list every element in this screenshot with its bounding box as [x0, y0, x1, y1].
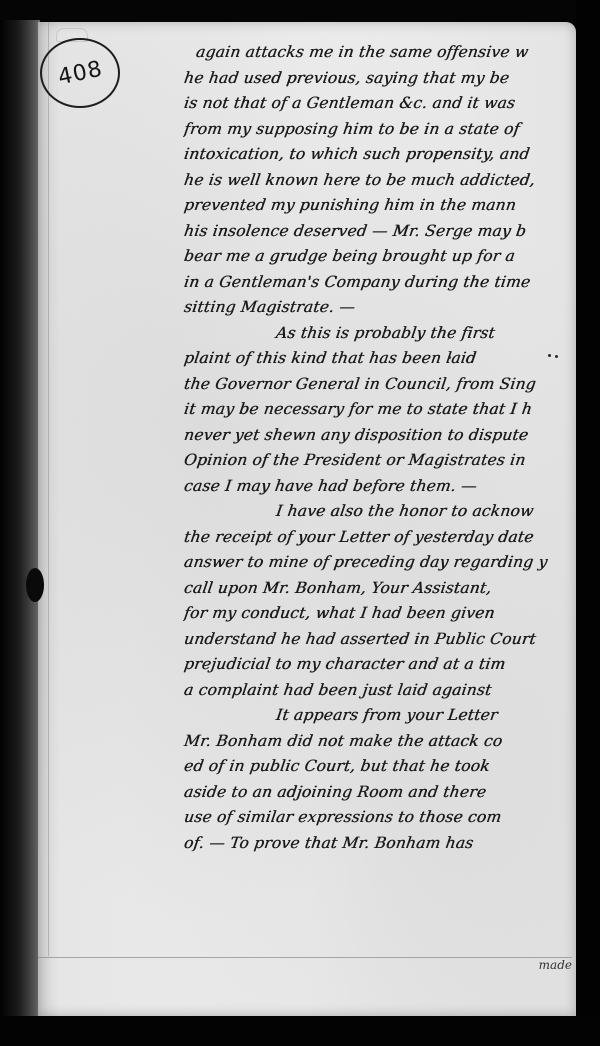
manuscript-line: answer to mine of preceding day regardin… [182, 550, 578, 576]
manuscript-line: case I may have had before them. — [182, 474, 578, 500]
manuscript-line: it may be necessary for me to state that… [182, 397, 578, 423]
binding-clasp [26, 568, 44, 602]
page-bottom-edge [38, 957, 572, 958]
manuscript-line: I have also the honor to acknow [194, 499, 578, 525]
manuscript-line: a complaint had been just laid against [182, 678, 578, 704]
manuscript-line: As this is probably the first [194, 321, 578, 347]
manuscript-line: the Governor General in Council, from Si… [182, 372, 578, 398]
manuscript-line: plaint of this kind that has been laid [182, 346, 578, 372]
manuscript-line: sitting Magistrate. — [182, 295, 578, 321]
catchword: made [539, 958, 572, 972]
ink-speck [548, 354, 551, 357]
manuscript-line: he is well known here to be much addicte… [182, 168, 578, 194]
ink-speck [555, 355, 558, 358]
scan-right-edge-shadow [576, 0, 600, 1046]
manuscript-line: ed of in public Court, but that he took [182, 754, 578, 780]
handwritten-text-block: again attacks me in the same offensive w… [196, 40, 576, 856]
manuscript-line: in a Gentleman's Company during the time [182, 270, 578, 296]
folio-number-circle: 408 [40, 38, 120, 108]
manuscript-line: Opinion of the President or Magistrates … [182, 448, 578, 474]
manuscript-line: is not that of a Gentleman &c. and it wa… [182, 91, 578, 117]
manuscript-line: from my supposing him to be in a state o… [182, 117, 578, 143]
manuscript-line: the receipt of your Letter of yesterday … [182, 525, 578, 551]
manuscript-line: prevented my punishing him in the mann [182, 193, 578, 219]
manuscript-line: Mr. Bonham did not make the attack co [182, 729, 578, 755]
manuscript-line: never yet shewn any disposition to dispu… [182, 423, 578, 449]
manuscript-line: bear me a grudge being brought up for a [182, 244, 578, 270]
ink-speck [448, 356, 451, 359]
manuscript-line: he had used previous, saying that my be [182, 66, 578, 92]
manuscript-line: aside to an adjoining Room and there [182, 780, 578, 806]
manuscript-line: understand he had asserted in Public Cou… [182, 627, 578, 653]
manuscript-line: his insolence deserved — Mr. Serge may b [182, 219, 578, 245]
page-fold-line [48, 22, 49, 956]
manuscript-line: for my conduct, what I had been given [182, 601, 578, 627]
manuscript-line: again attacks me in the same offensive w [194, 40, 578, 66]
manuscript-line: intoxication, to which such propensity, … [182, 142, 578, 168]
manuscript-line: of. — To prove that Mr. Bonham has [182, 831, 578, 857]
manuscript-line: call upon Mr. Bonham, Your Assistant, [182, 576, 578, 602]
manuscript-line: use of similar expressions to those com [182, 805, 578, 831]
manuscript-line: prejudicial to my character and at a tim [182, 652, 578, 678]
manuscript-line: It appears from your Letter [194, 703, 578, 729]
book-spine-shadow [0, 20, 40, 1020]
folio-number: 408 [55, 56, 104, 90]
scan-bottom-edge-shadow [0, 1016, 600, 1046]
